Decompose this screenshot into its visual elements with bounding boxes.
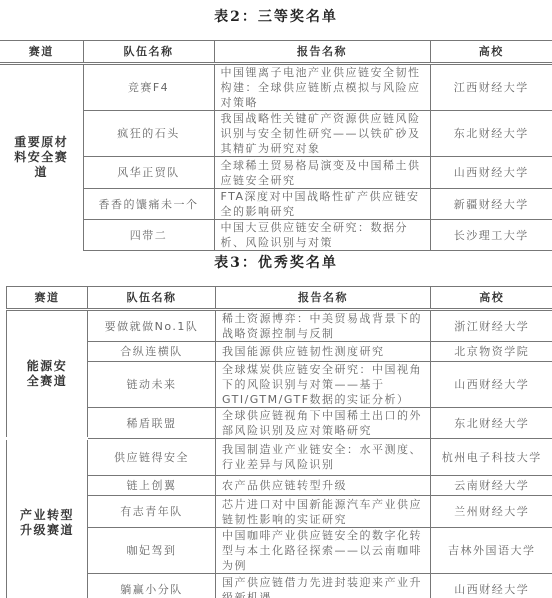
- school-name: 北京物资学院: [431, 342, 552, 362]
- school-name: 东北财经大学: [431, 408, 552, 439]
- table-row: 风华正贸队 全球稀土贸易格局演变及中国稀土供应链安全研究 山西财经大学: [0, 157, 552, 189]
- report-name: 我国制造业产业链安全：水平测度、行业差异与风险识别: [216, 439, 431, 476]
- excellence-prize-table: 赛道 队伍名称 报告名称 高校 能源安全赛道 要做就做No.1队 稀土资源博弈：…: [6, 286, 552, 598]
- report-name: 稀土资源博弈：中美贸易战背景下的战略资源控制与反制: [216, 310, 431, 342]
- table-row: 香香的馕痛未一个 FTA深度对中国战略性矿产供应链安全的影响研究 新疆财经大学: [0, 189, 552, 220]
- team-name: 稀盾联盟: [88, 408, 216, 439]
- team-name: 躺赢小分队: [88, 574, 216, 598]
- table-row: 稀盾联盟 全球供应链视角下中国稀土出口的外部风险识别及应对策略研究 东北财经大学: [7, 408, 552, 439]
- school-name: 山西财经大学: [430, 157, 552, 189]
- track-name: 重要原材料安全赛道: [0, 64, 83, 251]
- report-name: 芯片进口对中国新能源汽车产业供应链韧性影响的实证研究: [216, 496, 431, 528]
- header-team: 队伍名称: [88, 287, 216, 310]
- team-name: 有志青年队: [88, 496, 216, 528]
- school-name: 吉林外国语大学: [431, 528, 552, 574]
- school-name: 东北财经大学: [430, 111, 552, 157]
- table-row: 四带二 中国大豆供应链安全研究：数据分析、风险识别与对策 长沙理工大学: [0, 220, 552, 251]
- school-name: 兰州财经大学: [431, 496, 552, 528]
- table-row: 产业转型升级赛道 供应链得安全 我国制造业产业链安全：水平测度、行业差异与风险识…: [7, 439, 552, 476]
- team-name: 合纵连横队: [88, 342, 216, 362]
- team-name: 要做就做No.1队: [88, 310, 216, 342]
- team-name: 竞赛F4: [83, 64, 214, 111]
- table-row: 疯狂的石头 我国战略性关键矿产资源供应链风险识别与安全韧性研究——以铁矿砂及其精…: [0, 111, 552, 157]
- school-name: 山西财经大学: [431, 574, 552, 598]
- report-name: 中国大豆供应链安全研究：数据分析、风险识别与对策: [214, 220, 430, 251]
- header-track: 赛道: [7, 287, 88, 310]
- report-name: FTA深度对中国战略性矿产供应链安全的影响研究: [214, 189, 430, 220]
- report-name: 全球稀土贸易格局演变及中国稀土供应链安全研究: [214, 157, 430, 189]
- report-name: 我国能源供应链韧性测度研究: [216, 342, 431, 362]
- school-name: 长沙理工大学: [430, 220, 552, 251]
- table-row: 重要原材料安全赛道 竞赛F4 中国锂离子电池产业供应链安全韧性构建：全球供应链断…: [0, 64, 552, 111]
- header-report: 报告名称: [216, 287, 431, 310]
- report-name: 全球供应链视角下中国稀土出口的外部风险识别及应对策略研究: [216, 408, 431, 439]
- table2-caption: 表2：三等奖名单: [0, 6, 552, 26]
- team-name: 四带二: [83, 220, 214, 251]
- report-name: 国产供应链借力先进封装迎来产业升级新机遇: [216, 574, 431, 598]
- header-team: 队伍名称: [83, 41, 214, 64]
- header-track: 赛道: [0, 41, 83, 64]
- track-name: 能源安全赛道: [7, 310, 88, 439]
- third-prize-table: 赛道 队伍名称 报告名称 高校 重要原材料安全赛道 竞赛F4 中国锂离子电池产业…: [0, 40, 552, 251]
- table-row: 有志青年队 芯片进口对中国新能源汽车产业供应链韧性影响的实证研究 兰州财经大学: [7, 496, 552, 528]
- table-row: 咖妃驾到 中国咖啡产业供应链安全的数字化转型与本土化路径探索——以云南咖啡为例 …: [7, 528, 552, 574]
- header-school: 高校: [431, 287, 552, 310]
- table-row: 链上创翼 农产品供应链转型升级 云南财经大学: [7, 476, 552, 496]
- report-name: 全球煤炭供应链安全研究：中国视角下的风险识别与对策——基于GTI/GTM/GTF…: [216, 362, 431, 408]
- school-name: 杭州电子科技大学: [431, 439, 552, 476]
- team-name: 链动未来: [88, 362, 216, 408]
- report-name: 中国锂离子电池产业供应链安全韧性构建：全球供应链断点模拟与风险应对策略: [214, 64, 430, 111]
- team-name: 香香的馕痛未一个: [83, 189, 214, 220]
- team-name: 链上创翼: [88, 476, 216, 496]
- school-name: 江西财经大学: [430, 64, 552, 111]
- table3-caption: 表3：优秀奖名单: [0, 252, 552, 272]
- school-name: 云南财经大学: [431, 476, 552, 496]
- table-header-row: 赛道 队伍名称 报告名称 高校: [0, 41, 552, 64]
- team-name: 疯狂的石头: [83, 111, 214, 157]
- table-row: 躺赢小分队 国产供应链借力先进封装迎来产业升级新机遇 山西财经大学: [7, 574, 552, 598]
- team-name: 供应链得安全: [88, 439, 216, 476]
- team-name: 咖妃驾到: [88, 528, 216, 574]
- header-report: 报告名称: [214, 41, 430, 64]
- table-row: 能源安全赛道 要做就做No.1队 稀土资源博弈：中美贸易战背景下的战略资源控制与…: [7, 310, 552, 342]
- report-name: 农产品供应链转型升级: [216, 476, 431, 496]
- table-header-row: 赛道 队伍名称 报告名称 高校: [7, 287, 552, 310]
- table-row: 合纵连横队 我国能源供应链韧性测度研究 北京物资学院: [7, 342, 552, 362]
- school-name: 新疆财经大学: [430, 189, 552, 220]
- table-row: 链动未来 全球煤炭供应链安全研究：中国视角下的风险识别与对策——基于GTI/GT…: [7, 362, 552, 408]
- team-name: 风华正贸队: [83, 157, 214, 189]
- track-name: 产业转型升级赛道: [7, 439, 88, 598]
- header-school: 高校: [430, 41, 552, 64]
- report-name: 我国战略性关键矿产资源供应链风险识别与安全韧性研究——以铁矿砂及其精矿为研究对象: [214, 111, 430, 157]
- school-name: 山西财经大学: [431, 362, 552, 408]
- report-name: 中国咖啡产业供应链安全的数字化转型与本土化路径探索——以云南咖啡为例: [216, 528, 431, 574]
- school-name: 浙江财经大学: [431, 310, 552, 342]
